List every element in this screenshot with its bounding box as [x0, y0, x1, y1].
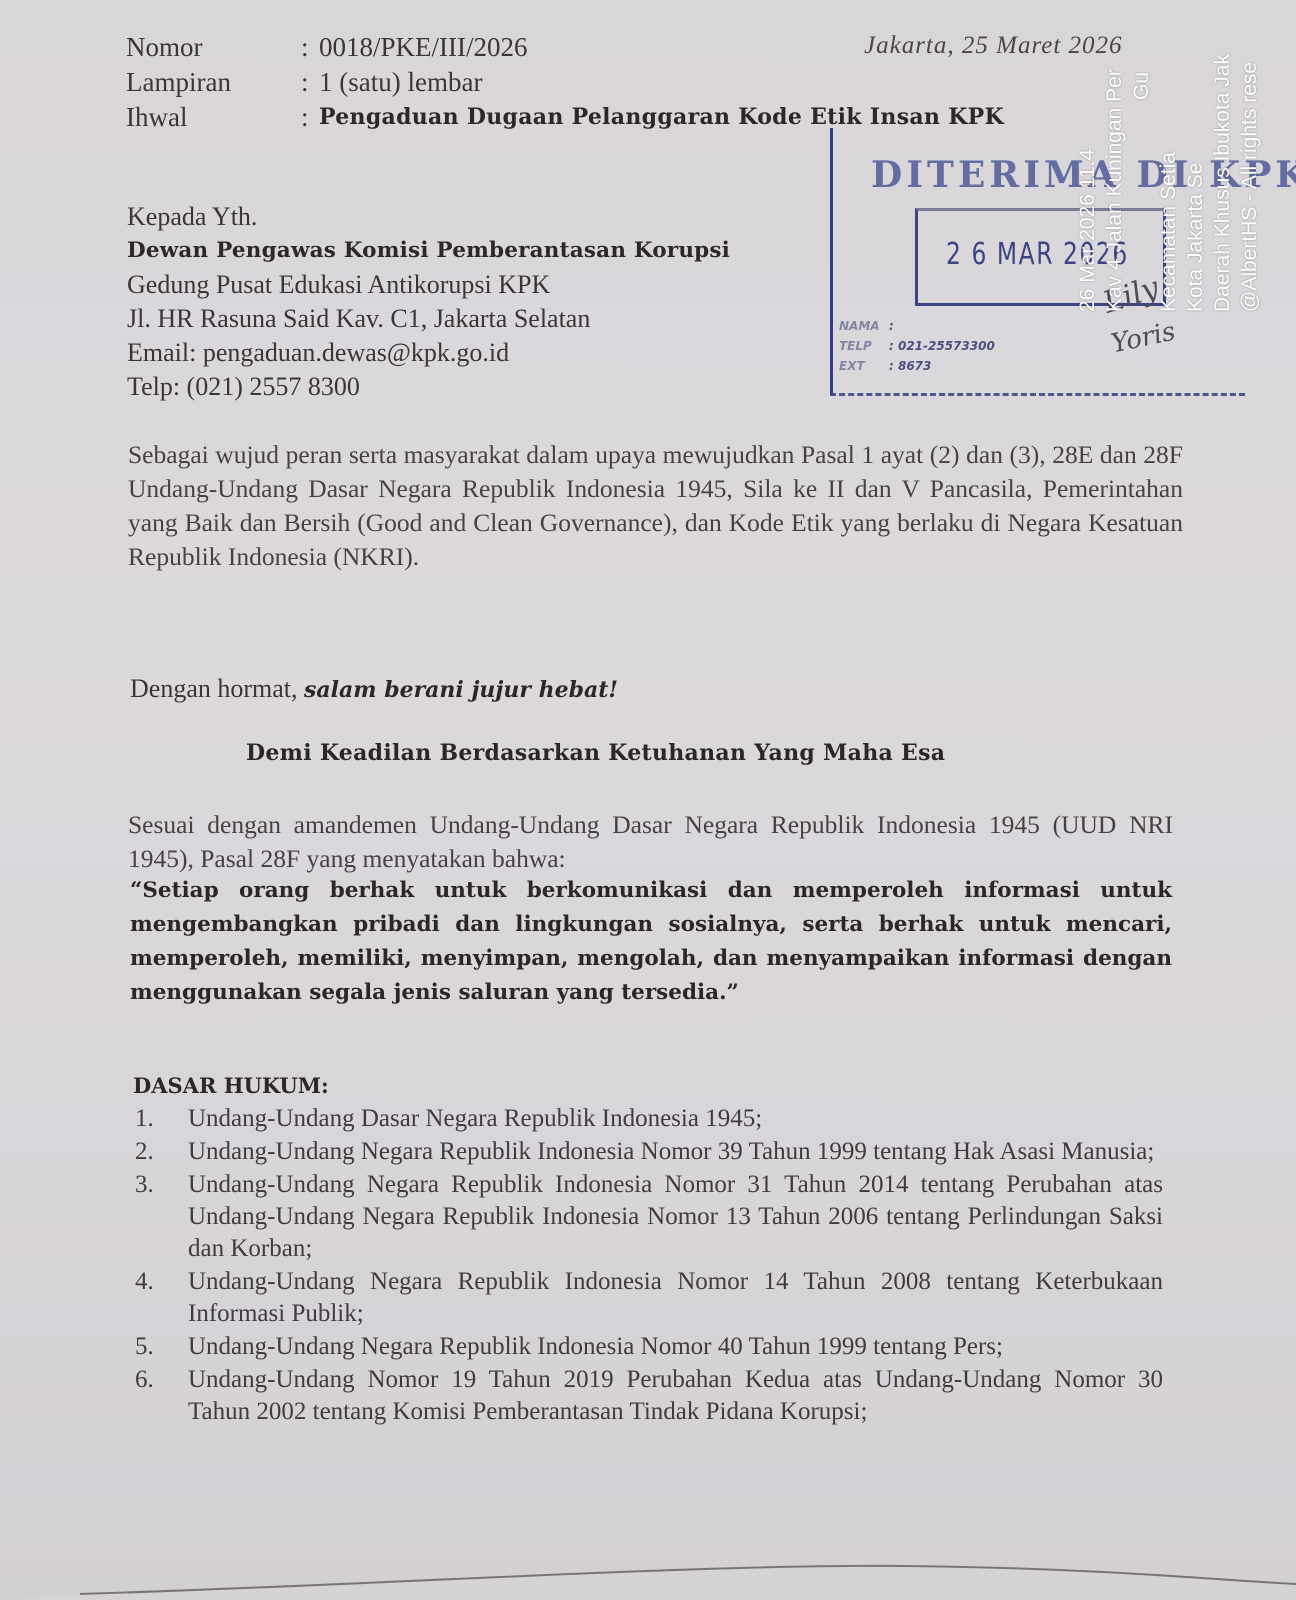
recipient-street: Jl. HR Rasuna Said Kav. C1, Jakarta Sela… [127, 302, 730, 336]
photo-watermark: 26 Mar 2026 11.4 Kav 4 Jalan Kuningan Pe… [1074, 54, 1263, 312]
legal-basis-list: 1.Undang-Undang Dasar Negara Republik In… [135, 1103, 1163, 1429]
list-item: 1.Undang-Undang Dasar Negara Republik In… [135, 1103, 1163, 1135]
stamp-field-phone: TELP: 021-25573300 [839, 336, 995, 356]
stamp-field-ext: EXT: 8673 [839, 356, 995, 376]
article-quote: “Setiap orang berhak untuk berkomunikasi… [130, 874, 1172, 1010]
list-item: 6.Undang-Undang Nomor 19 Tahun 2019 Peru… [135, 1364, 1163, 1428]
meta-separator: : [301, 65, 319, 100]
list-item: 4.Undang-Undang Negara Republik Indonesi… [135, 1266, 1163, 1330]
recipient-building: Gedung Pusat Edukasi Antikorupsi KPK [127, 268, 730, 302]
meta-separator: : [301, 100, 319, 135]
stamp-fields: NAMA: TELP: 021-25573300 EXT: 8673 [839, 316, 995, 376]
meta-label: Nomor [126, 30, 301, 65]
list-item: 5.Undang-Undang Negara Republik Indonesi… [135, 1331, 1163, 1363]
intro-paragraph: Sebagai wujud peran serta masyarakat dal… [128, 438, 1183, 574]
greeting: Dengan hormat, salam berani jujur hebat! [130, 674, 618, 704]
paper-fold-line [0, 1555, 1296, 1600]
list-item: 3.Undang-Undang Negara Republik Indonesi… [135, 1169, 1163, 1265]
centered-heading: Demi Keadilan Berdasarkan Ketuhanan Yang… [246, 740, 945, 766]
meta-row-lampiran: Lampiran : 1 (satu) lembar [126, 65, 1004, 100]
greeting-plain: Dengan hormat, [130, 674, 304, 703]
recipient-name: Dewan Pengawas Komisi Pemberantasan Koru… [127, 234, 730, 268]
handwritten-name: Yoris [1109, 317, 1178, 360]
meta-label: Lampiran [126, 65, 301, 100]
recipient-salutation: Kepada Yth. [127, 200, 730, 234]
recipient-address: Kepada Yth. Dewan Pengawas Komisi Pember… [127, 200, 730, 404]
recipient-phone: Telp: (021) 2557 8300 [127, 370, 730, 404]
greeting-emphasis: salam berani jujur hebat! [304, 677, 618, 703]
letter-page: Nomor : 0018/PKE/III/2026 Lampiran : 1 (… [0, 0, 1296, 1600]
list-item: 2.Undang-Undang Negara Republik Indonesi… [135, 1136, 1163, 1168]
amendment-paragraph: Sesuai dengan amandemen Undang-Undang Da… [128, 808, 1173, 876]
meta-label: Ihwal [126, 100, 301, 135]
attachment-count: 1 (satu) lembar [319, 65, 482, 100]
recipient-email: Email: pengaduan.dewas@kpk.go.id [127, 336, 730, 370]
meta-separator: : [301, 30, 319, 65]
legal-basis-title: DASAR HUKUM: [133, 1073, 329, 1098]
letter-number: 0018/PKE/III/2026 [319, 30, 528, 65]
stamp-field-name: NAMA: [839, 316, 995, 336]
